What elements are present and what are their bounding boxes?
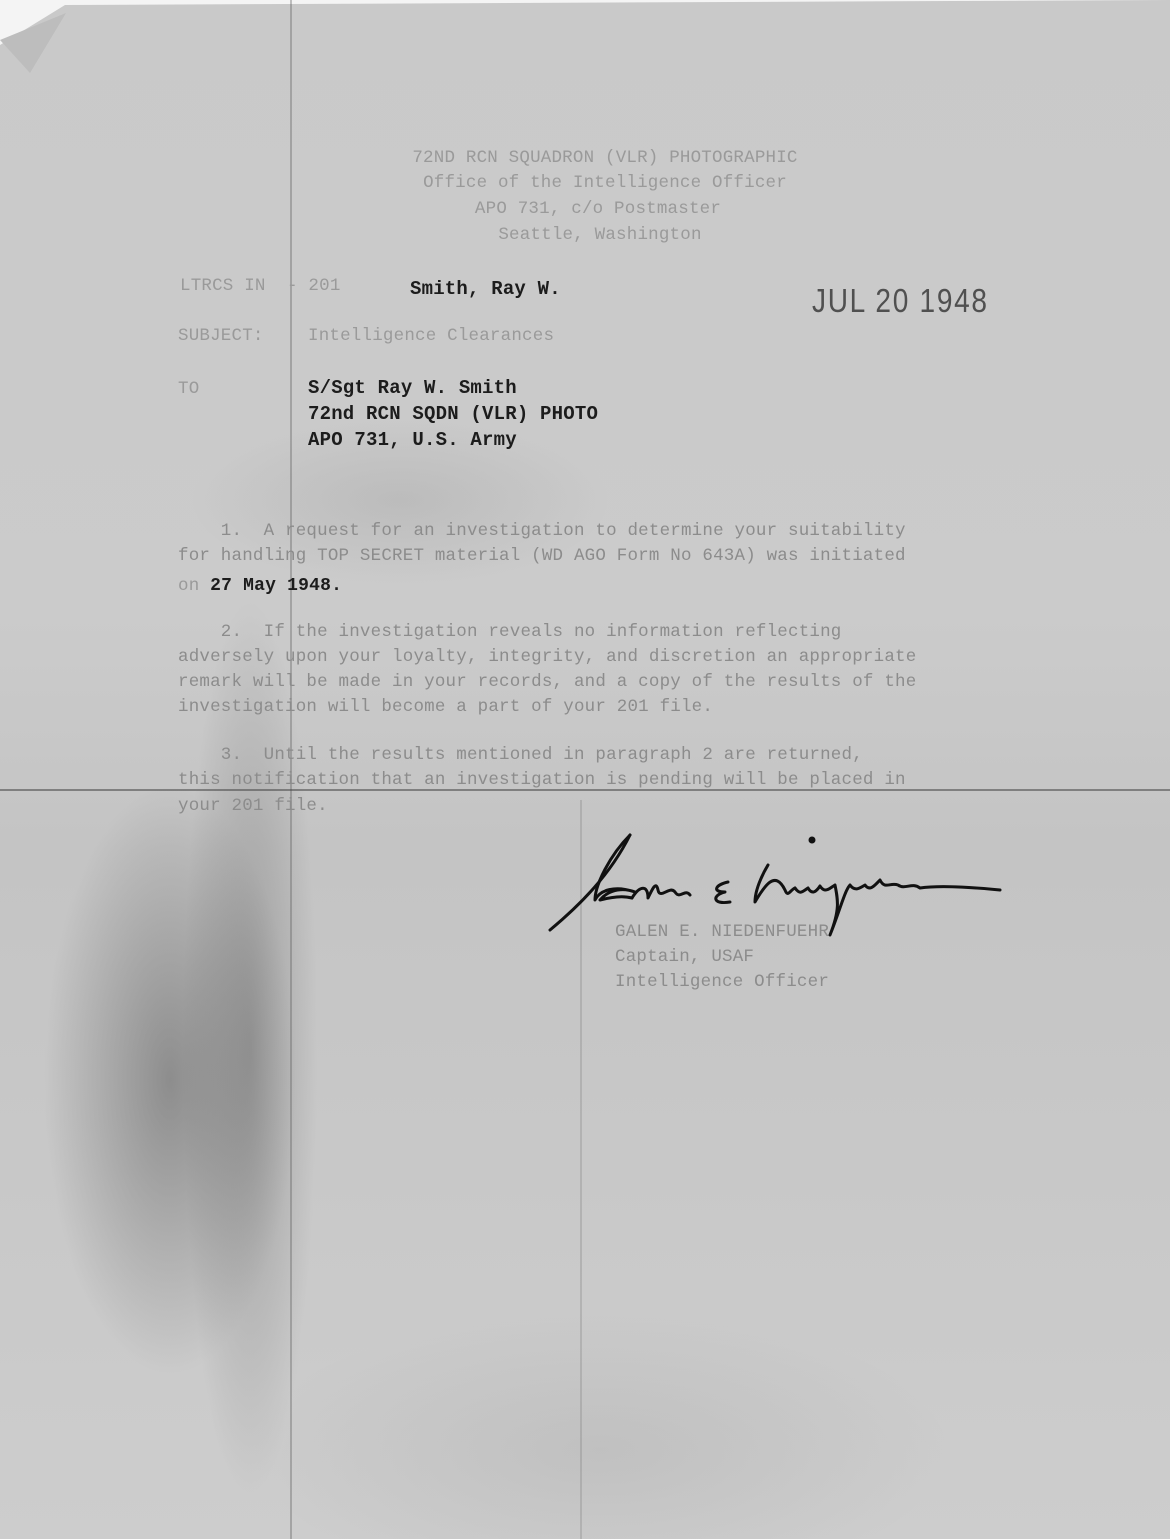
signatory-rank: Captain, USAF bbox=[615, 947, 754, 967]
subject-value: Intelligence Clearances bbox=[308, 326, 554, 346]
addressee-apo: APO 731, U.S. Army bbox=[308, 429, 517, 451]
paragraph-1-line: for handling TOP SECRET material (WD AGO… bbox=[178, 546, 906, 566]
paragraph-2-line: adversely upon your loyalty, integrity, … bbox=[178, 647, 916, 667]
subject-label: SUBJECT: bbox=[178, 326, 264, 346]
letterhead-office: Office of the Intelligence Officer bbox=[305, 173, 905, 193]
date-stamp: JUL 20 1948 bbox=[812, 282, 989, 320]
letterhead-apo: APO 731, c/o Postmaster bbox=[298, 199, 898, 219]
paragraph-1-line: on 27 May 1948. bbox=[178, 576, 342, 596]
addressee-name: S/Sgt Ray W. Smith bbox=[308, 377, 517, 399]
letterhead-city: Seattle, Washington bbox=[300, 225, 900, 245]
signatory-name: GALEN E. NIEDENFUEHR bbox=[615, 922, 829, 942]
paragraph-3-line: your 201 file. bbox=[178, 796, 328, 816]
reference-label: LTRCS IN - 201 bbox=[180, 276, 341, 296]
reference-name: Smith, Ray W. bbox=[410, 278, 561, 300]
paragraph-3-line: this notification that an investigation … bbox=[178, 770, 906, 790]
to-label: TO bbox=[178, 379, 199, 399]
paragraph-2-line: remark will be made in your records, and… bbox=[178, 672, 916, 692]
addressee-unit: 72nd RCN SQDN (VLR) PHOTO bbox=[308, 403, 598, 425]
paragraph-2-line: 2. If the investigation reveals no infor… bbox=[178, 622, 842, 642]
paragraph-3-line: 3. Until the results mentioned in paragr… bbox=[178, 745, 863, 765]
letterhead-unit: 72ND RCN SQUADRON (VLR) PHOTOGRAPHIC bbox=[305, 148, 905, 168]
paragraph-2-line: investigation will become a part of your… bbox=[178, 697, 713, 717]
initiation-date: 27 May 1948. bbox=[210, 576, 342, 596]
paragraph-1-line: 1. A request for an investigation to det… bbox=[178, 521, 906, 541]
signatory-title: Intelligence Officer bbox=[615, 972, 829, 992]
